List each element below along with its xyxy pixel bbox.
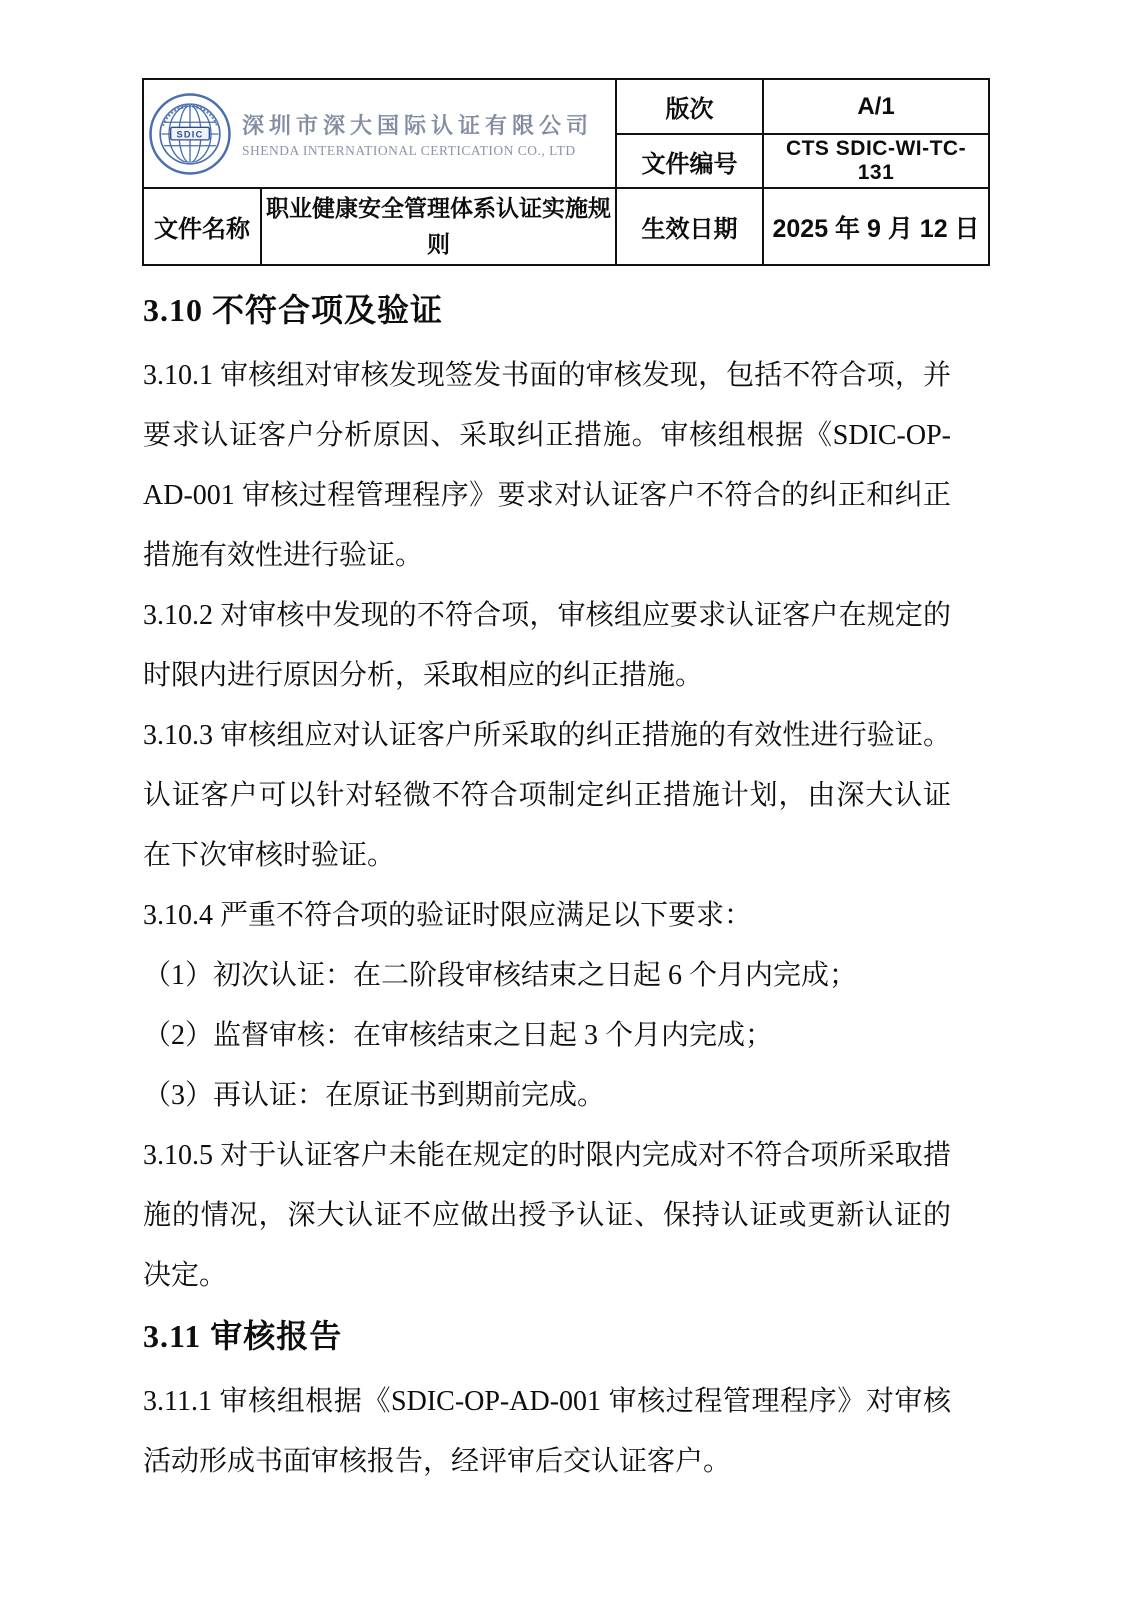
paragraph-3-10-4: 3.10.4 严重不符合项的验证时限应满足以下要求： xyxy=(143,886,951,946)
company-name-zh: 深圳市深大国际认证有限公司 xyxy=(242,109,593,140)
paragraph-3-10-5: 3.10.5 对于认证客户未能在规定的时限内完成对不符合项所采取措施的情况，深大… xyxy=(143,1126,951,1306)
document-header-table: SDIC 深圳市深大国际认证有限公司 SHENDA INTERNATIONAL … xyxy=(142,78,990,266)
list-item-1: （1）初次认证：在二阶段审核结束之日起 6 个月内完成； xyxy=(143,946,951,1006)
version-value: A/1 xyxy=(763,79,989,134)
paragraph-3-10-2: 3.10.2 对审核中发现的不符合项，审核组应要求认证客户在规定的时限内进行原因… xyxy=(143,586,951,706)
effective-date-label: 生效日期 xyxy=(616,188,763,265)
company-names: 深圳市深大国际认证有限公司 SHENDA INTERNATIONAL CERTI… xyxy=(242,109,593,159)
document-body: 3.10 不符合项及验证 3.10.1 审核组对审核发现签发书面的审核发现，包括… xyxy=(143,278,951,1492)
company-emblem-icon: SDIC xyxy=(148,92,232,176)
doc-name-label: 文件名称 xyxy=(143,188,261,265)
list-item-2: （2）监督审核：在审核结束之日起 3 个月内完成； xyxy=(143,1006,951,1066)
list-item-3: （3）再认证：在原证书到期前完成。 xyxy=(143,1066,951,1126)
section-heading-3-11: 3.11 审核报告 xyxy=(143,1316,951,1356)
paragraph-3-10-3: 3.10.3 审核组应对认证客户所采取的纠正措施的有效性进行验证。认证客户可以针… xyxy=(143,706,951,886)
emblem-text: SDIC xyxy=(176,129,203,139)
effective-date-value: 2025 年 9 月 12 日 xyxy=(763,188,989,265)
company-logo-cell: SDIC 深圳市深大国际认证有限公司 SHENDA INTERNATIONAL … xyxy=(143,79,616,188)
company-logo: SDIC 深圳市深大国际认证有限公司 SHENDA INTERNATIONAL … xyxy=(148,92,611,176)
doc-number-value: CTS SDIC-WI-TC-131 xyxy=(763,134,989,188)
section-heading-3-10: 3.10 不符合项及验证 xyxy=(143,290,951,330)
doc-number-label: 文件编号 xyxy=(616,134,763,188)
document-page: SDIC 深圳市深大国际认证有限公司 SHENDA INTERNATIONAL … xyxy=(0,0,1131,1600)
company-name-en: SHENDA INTERNATIONAL CERTICATION CO., LT… xyxy=(242,143,593,159)
paragraph-3-11-1: 3.11.1 审核组根据《SDIC-OP-AD-001 审核过程管理程序》对审核… xyxy=(143,1372,951,1492)
paragraph-3-10-1: 3.10.1 审核组对审核发现签发书面的审核发现，包括不符合项，并要求认证客户分… xyxy=(143,346,951,586)
doc-name-value: 职业健康安全管理体系认证实施规则 xyxy=(261,188,616,265)
version-label: 版次 xyxy=(616,79,763,134)
